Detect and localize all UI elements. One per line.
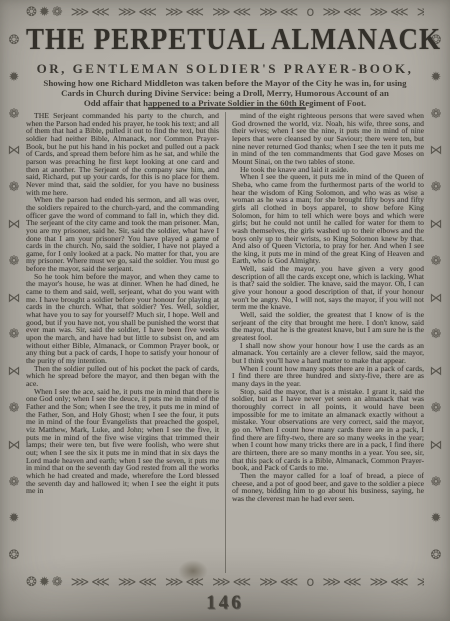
page-subtitle: OR, GENTLEMAN SOLDIER'S PRAYER-BOOK, — [26, 61, 424, 77]
body-paragraph: When I count how many spots there are in… — [232, 365, 424, 388]
column-left: THE Serjeant commanded his party to the … — [26, 112, 225, 573]
body-paragraph: Well, said the soldier, the greatest tha… — [232, 311, 424, 342]
body-paragraph: THE Serjeant commanded his party to the … — [26, 112, 219, 196]
body-paragraph: So he took him before the mayor, and whe… — [26, 273, 219, 365]
body-paragraph: When I see the ace, said he, it puts me … — [26, 388, 219, 495]
lead-line-2: Cards in Church during Divine Service: b… — [26, 88, 424, 98]
body-paragraph: Stop, said the mayor, that is a mistake.… — [232, 388, 424, 472]
body-paragraph: When the parson had ended his sermon, an… — [26, 196, 219, 273]
divider-rule — [148, 107, 306, 110]
body-columns: THE Serjeant commanded his party to the … — [26, 112, 424, 573]
lead-line-1: Showing how one Richard Middleton was ta… — [26, 78, 424, 88]
body-paragraph: mind of the eight righteous persons that… — [232, 112, 424, 166]
border-left-ornament: ❂ ✹ ❁ ⋈ ❁ ⋈ ❁ ⋈ ❁ ⋈ ❁ ⋈ ❁ ✹ ❂ — [2, 23, 26, 576]
body-paragraph: Then the soldier pulled out of his pocke… — [26, 365, 219, 388]
border-right-ornament: ❂ ✹ ❁ ⋈ ❁ ⋈ ❁ ⋈ ❁ ⋈ ❁ ⋈ ❁ ✹ ❂ — [424, 23, 448, 576]
broadside-page: ❂✹❁ ⋙⋘ ⋙⋘ ⋙⋘ ⋙⋘ ⋙⋘ o ⋙⋘ ⋙⋘ ⋙⋘ ⋙⋘ ⋙⋘ ❁✹❂ … — [0, 0, 450, 621]
page-title: THE PERPETUAL ALMANACK !!! — [26, 22, 424, 57]
body-paragraph: I shall now show your honour how I use t… — [232, 342, 424, 365]
body-paragraph: Then the mayor called for a loaf of brea… — [232, 472, 424, 503]
page-number: 146 — [0, 591, 450, 614]
border-bottom-ornament: ❂✹❁ ⋙⋘ ⋙⋘ ⋙⋘ ⋙⋘ ⋙⋘ o ⋙⋘ ⋙⋘ ⋙⋘ ⋙⋘ ⋙⋘ ❁✹❂ — [26, 573, 424, 593]
lead-paragraph: Showing how one Richard Middleton was ta… — [26, 78, 424, 108]
body-paragraph: Well, said the mayor, you have given a v… — [232, 265, 424, 311]
column-right: mind of the eight righteous persons that… — [225, 112, 424, 573]
body-paragraph: When I see the queen, it puts me in mind… — [232, 173, 424, 265]
border-top-ornament: ❂✹❁ ⋙⋘ ⋙⋘ ⋙⋘ ⋙⋘ ⋙⋘ o ⋙⋘ ⋙⋘ ⋙⋘ ⋙⋘ ⋙⋘ ❁✹❂ — [26, 3, 424, 23]
